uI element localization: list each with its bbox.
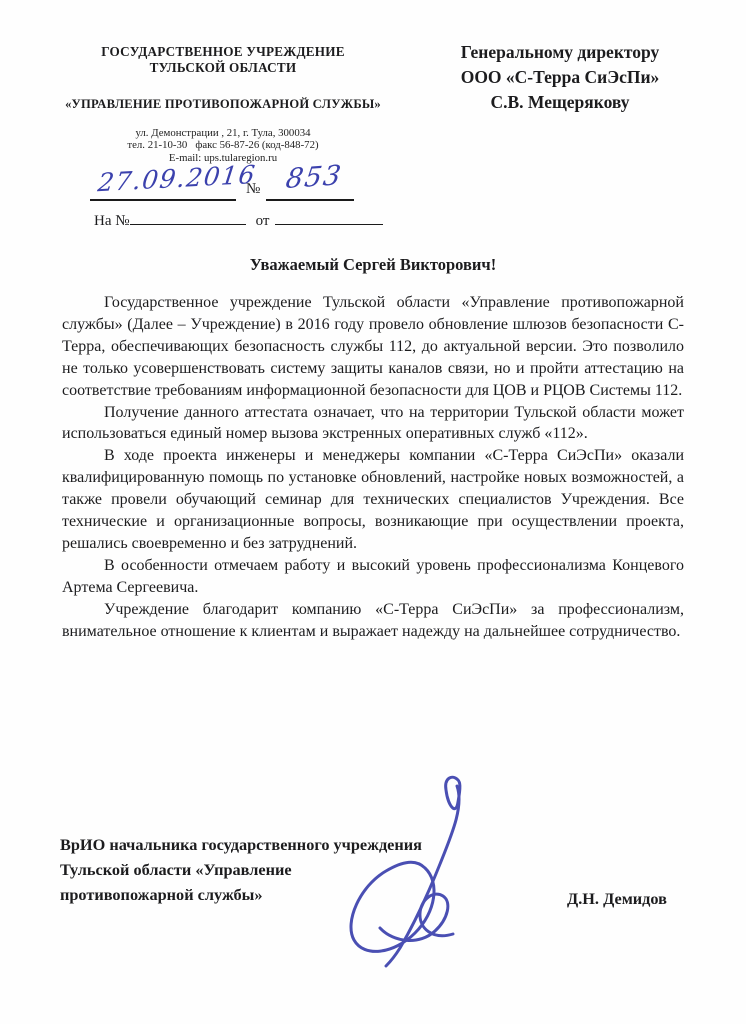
org-name-line1: ГОСУДАРСТВЕННОЕ УЧРЕЖДЕНИЕ xyxy=(56,44,390,60)
number-sign-label: № xyxy=(246,181,260,198)
recipient-line2: ООО «С-Терра СиЭсПи» xyxy=(424,65,696,90)
scanned-letter-page: ГОСУДАРСТВЕННОЕ УЧРЕЖДЕНИЕ ТУЛЬСКОЙ ОБЛА… xyxy=(0,0,746,1024)
handwritten-date: 27.09.2016 xyxy=(96,160,258,198)
handwritten-outgoing-number: 853 xyxy=(284,160,344,195)
recipient-line1: Генеральному директору xyxy=(424,40,696,65)
org-phone-fax: тел. 21-10-30 факс 56-87-26 (код-848-72) xyxy=(56,139,390,151)
recipient-line3: С.В. Мещерякову xyxy=(424,90,696,115)
date-underline xyxy=(90,199,236,201)
signatory-name: Д.Н. Демидов xyxy=(567,889,667,909)
body-paragraph: В особенности отмечаем работу и высокий … xyxy=(62,555,684,599)
body-paragraph: Получение данного аттестата означает, чт… xyxy=(62,402,684,446)
reply-date-underline xyxy=(275,210,383,225)
letter-body: Государственное учреждение Тульской обла… xyxy=(62,292,684,643)
letterhead-org-block: ГОСУДАРСТВЕННОЕ УЧРЕЖДЕНИЕ ТУЛЬСКОЙ ОБЛА… xyxy=(56,44,390,164)
handwritten-signature-ink xyxy=(340,772,490,982)
number-underline xyxy=(266,199,354,201)
body-paragraph: Государственное учреждение Тульской обла… xyxy=(62,292,684,402)
reply-reference-row: На №от xyxy=(94,210,383,230)
reply-label: На № xyxy=(94,213,130,229)
reply-from-label: от xyxy=(256,213,270,229)
org-name-line3: «УПРАВЛЕНИЕ ПРОТИВОПОЖАРНОЙ СЛУЖБЫ» xyxy=(56,97,390,112)
recipient-block: Генеральному директору ООО «С-Терра СиЭс… xyxy=(424,40,696,115)
body-paragraph: В ходе проекта инженеры и менеджеры комп… xyxy=(62,445,684,555)
body-paragraph: Учреждение благодарит компанию «С-Терра … xyxy=(62,599,684,643)
org-contacts: ул. Демонстрации , 21, г. Тула, 300034 т… xyxy=(56,127,390,164)
org-name-line2: ТУЛЬСКОЙ ОБЛАСТИ xyxy=(56,60,390,76)
salutation: Уважаемый Сергей Викторович! xyxy=(0,255,746,275)
reply-number-underline xyxy=(130,210,246,225)
org-address: ул. Демонстрации , 21, г. Тула, 300034 xyxy=(56,127,390,139)
